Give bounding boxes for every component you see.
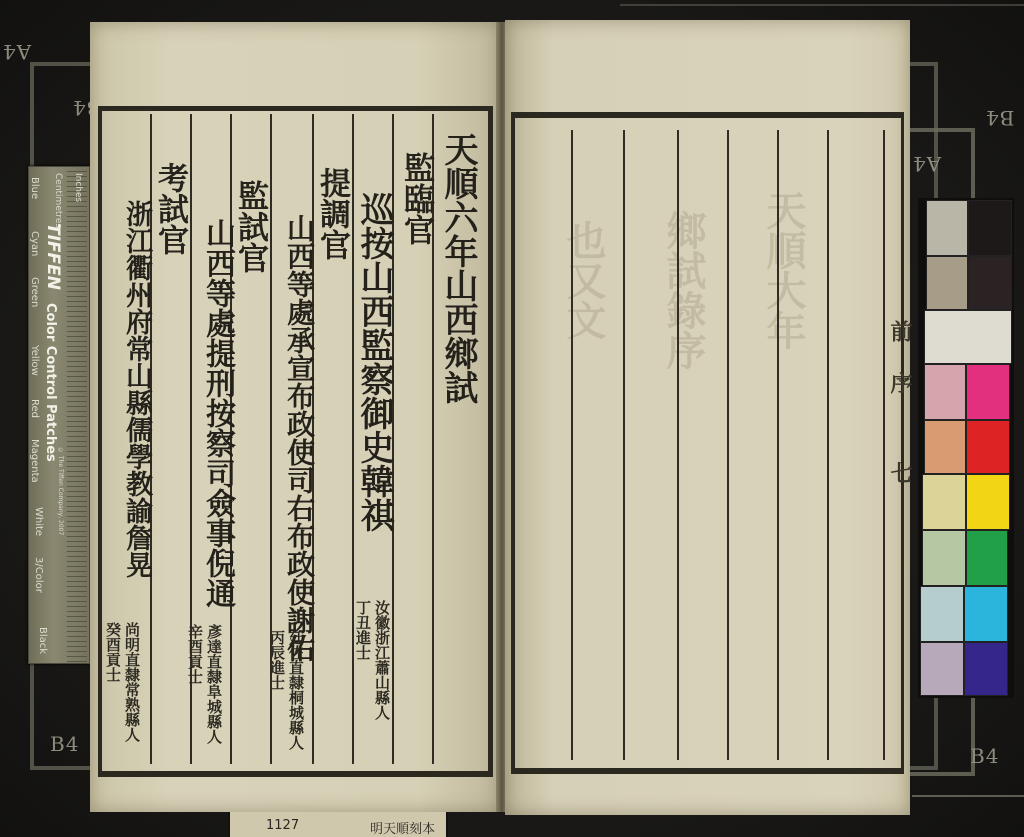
patch-lavender xyxy=(920,642,964,696)
color-patch-strip xyxy=(918,198,1014,698)
annotation-degree: 丙辰進士 xyxy=(268,630,285,750)
catalog-tag: 1127 明天順刻本 xyxy=(228,812,448,837)
patch-yellow xyxy=(966,474,1010,530)
patch-cyan xyxy=(964,586,1008,642)
ruler-unit-in: Inches xyxy=(73,173,83,202)
catalog-number: 1127 xyxy=(266,818,299,833)
patch-dark-brown xyxy=(968,256,1012,310)
patch-gray-light xyxy=(926,200,968,256)
catalog-label: 明天順刻本 xyxy=(370,818,435,837)
patch-green xyxy=(966,530,1008,586)
office-column: 考試官 xyxy=(150,162,188,255)
board-label-b4-upperright: B4 xyxy=(985,106,1014,130)
board-label-a4-topleft: A4 xyxy=(2,40,31,64)
ruler-color-cyan: Cyan xyxy=(29,231,40,256)
annotation-native-place: 廷佐直隸桐城縣人 xyxy=(287,630,304,750)
person-column: 山西等處提刑按察司僉事倪通 xyxy=(192,218,232,608)
guide-line-bottom xyxy=(912,795,1024,797)
annotation-column: 尚明直隸常熟縣人 癸酉貢士 xyxy=(104,622,140,742)
bleed-through-text: 天順大年 xyxy=(755,190,812,350)
person-column: 巡按山西監察御史韓祺 xyxy=(354,192,394,532)
annotation-column: 廷佐直隸桐城縣人 丙辰進士 xyxy=(268,630,304,750)
patch-sage xyxy=(922,530,966,586)
column-rule xyxy=(777,130,779,760)
board-label-b4-bottomright: B4 xyxy=(970,744,999,768)
annotation-degree: 辛酉貢士 xyxy=(186,624,203,744)
annotation-native-place: 尚明直隸常熟縣人 xyxy=(123,622,140,742)
ruler-color-blue: Blue xyxy=(29,177,40,199)
board-label-b4-bottomleft: B4 xyxy=(50,732,79,756)
column-rule xyxy=(727,130,729,760)
column-rule xyxy=(623,130,625,760)
patch-pale-cyan xyxy=(920,586,964,642)
patch-blue-violet xyxy=(964,642,1008,696)
annotation-degree: 癸酉貢士 xyxy=(104,622,121,742)
patch-black xyxy=(968,200,1012,256)
title-column: 天順六年山西鄉試 xyxy=(438,132,478,404)
ruler-brand: TIFFEN xyxy=(43,223,63,290)
office-column: 提調官 xyxy=(312,167,350,260)
person-column: 浙江衢州府常山縣儒學教諭詹晃 xyxy=(110,200,150,578)
bleed-through-text: 也又文 xyxy=(555,220,612,340)
patch-cream xyxy=(922,474,966,530)
patch-white xyxy=(924,310,1012,364)
patch-gray-mid xyxy=(926,256,968,310)
guide-line-top xyxy=(620,4,1024,6)
annotation-native-place: 汝徽浙江蕭山縣人 xyxy=(373,600,390,720)
ruler-unit-cm: Centimetres xyxy=(53,173,63,228)
ruler-color-black: Black xyxy=(37,627,48,654)
patch-red xyxy=(966,420,1010,474)
person-column: 山西等處承宣布政使司右布政使謝佑 xyxy=(272,214,312,662)
patch-peach xyxy=(924,420,966,474)
ruler-color-yellow: Yellow xyxy=(29,345,40,376)
annotation-native-place: 彥達直隸阜城縣人 xyxy=(205,624,222,744)
office-column: 監臨官 xyxy=(396,152,434,245)
ruler-color-green: Green xyxy=(29,277,40,307)
board-label-a4-right: A4 xyxy=(912,152,941,176)
office-column: 監試官 xyxy=(230,180,268,273)
annotation-degree: 丁丑進士 xyxy=(354,600,371,720)
ruler-color-3color: 3/Color xyxy=(33,557,44,593)
right-page: 也又文 鄉試錄序 天順大年 前序 七 xyxy=(505,20,910,815)
ruler-copyright: © The Tiffen Company, 2007 xyxy=(57,447,64,535)
ruler-title: Color Control Patches xyxy=(43,303,58,462)
ruler-color-red: Red xyxy=(29,399,40,418)
column-rule xyxy=(677,130,679,760)
fore-edge-text: 前序 七 xyxy=(885,320,916,514)
annotation-column: 汝徽浙江蕭山縣人 丁丑進士 xyxy=(354,600,390,720)
ruler-tick-marks xyxy=(67,167,87,663)
left-page: 天順六年山西鄉試 監臨官 巡按山西監察御史韓祺 汝徽浙江蕭山縣人 丁丑進士 提調… xyxy=(90,22,500,812)
patch-pink-light xyxy=(924,364,966,420)
ruler-color-magenta: Magenta xyxy=(29,439,40,483)
annotation-column: 彥達直隸阜城縣人 辛酉貢士 xyxy=(186,624,222,744)
tiffen-ruler-strip: Centimetres Inches TIFFEN Color Control … xyxy=(28,166,90,664)
bleed-through-text: 鄉試錄序 xyxy=(655,210,712,370)
ruler-color-white: White xyxy=(33,507,44,536)
column-rule xyxy=(827,130,829,760)
patch-magenta xyxy=(966,364,1010,420)
column-rule xyxy=(571,130,573,760)
